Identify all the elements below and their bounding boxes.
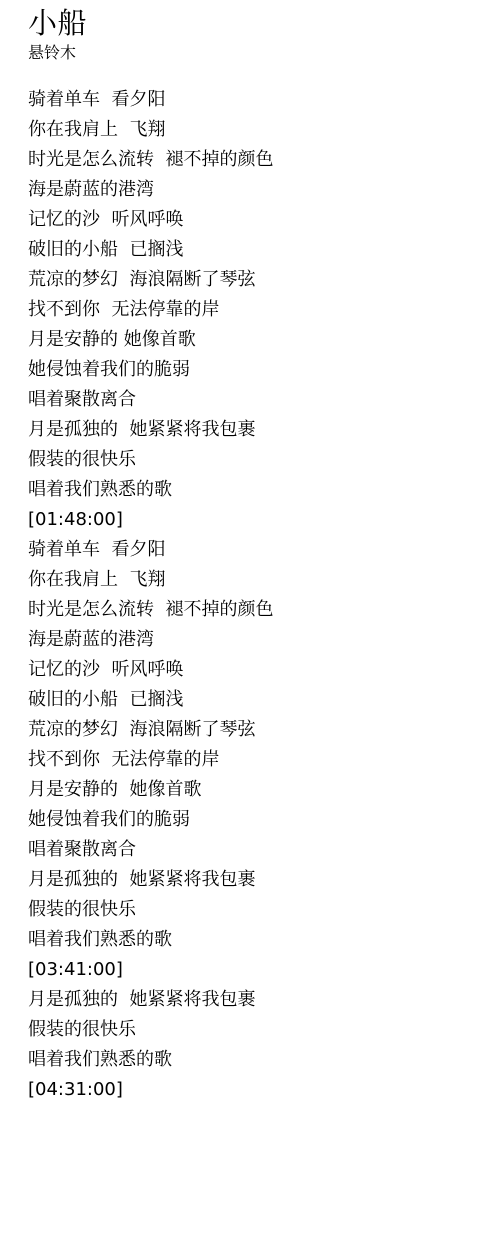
lyric-line: 荒凉的梦幻 海浪隔断了琴弦	[28, 715, 480, 745]
artist-name: 悬铃木	[28, 42, 480, 64]
lyric-line: 海是蔚蓝的港湾	[28, 625, 480, 655]
lyric-line: 荒凉的梦幻 海浪隔断了琴弦	[28, 265, 480, 295]
lyric-line: 唱着聚散离合	[28, 835, 480, 865]
timestamp-line: [01:48:00]	[28, 505, 480, 535]
lyrics-body: 骑着单车 看夕阳你在我肩上 飞翔时光是怎么流转 褪不掉的颜色海是蔚蓝的港湾记忆的…	[28, 85, 480, 1105]
lyric-line: 月是孤独的 她紧紧将我包裹	[28, 985, 480, 1015]
timestamp-line: [03:41:00]	[28, 955, 480, 985]
lyric-line: 假装的很快乐	[28, 895, 480, 925]
song-title: 小船	[28, 4, 480, 42]
lyric-line: 月是安静的 她像首歌	[28, 325, 480, 355]
lyric-line: 记忆的沙 听风呼唤	[28, 655, 480, 685]
lyric-line: 月是孤独的 她紧紧将我包裹	[28, 415, 480, 445]
lyric-line: 破旧的小船 已搁浅	[28, 685, 480, 715]
lyric-line: 记忆的沙 听风呼唤	[28, 205, 480, 235]
lyric-line: 时光是怎么流转 褪不掉的颜色	[28, 595, 480, 625]
lyric-line: 破旧的小船 已搁浅	[28, 235, 480, 265]
lyric-line: 假装的很快乐	[28, 445, 480, 475]
lyric-line: 她侵蚀着我们的脆弱	[28, 355, 480, 385]
lyric-line: 唱着我们熟悉的歌	[28, 1045, 480, 1075]
lyric-line: 找不到你 无法停靠的岸	[28, 745, 480, 775]
lyric-line: 你在我肩上 飞翔	[28, 565, 480, 595]
lyric-line: 她侵蚀着我们的脆弱	[28, 805, 480, 835]
lyric-line: 海是蔚蓝的港湾	[28, 175, 480, 205]
lyrics-page: 小船 悬铃木 骑着单车 看夕阳你在我肩上 飞翔时光是怎么流转 褪不掉的颜色海是蔚…	[0, 0, 500, 1105]
lyric-line: 月是孤独的 她紧紧将我包裹	[28, 865, 480, 895]
lyric-line: 骑着单车 看夕阳	[28, 85, 480, 115]
lyric-line: 月是安静的 她像首歌	[28, 775, 480, 805]
lyric-line: 唱着聚散离合	[28, 385, 480, 415]
lyric-line: 时光是怎么流转 褪不掉的颜色	[28, 145, 480, 175]
lyric-line: 唱着我们熟悉的歌	[28, 475, 480, 505]
lyric-line: 骑着单车 看夕阳	[28, 535, 480, 565]
lyric-line: 唱着我们熟悉的歌	[28, 925, 480, 955]
lyric-line: 找不到你 无法停靠的岸	[28, 295, 480, 325]
lyric-line: 你在我肩上 飞翔	[28, 115, 480, 145]
timestamp-line: [04:31:00]	[28, 1075, 480, 1105]
lyric-line: 假装的很快乐	[28, 1015, 480, 1045]
